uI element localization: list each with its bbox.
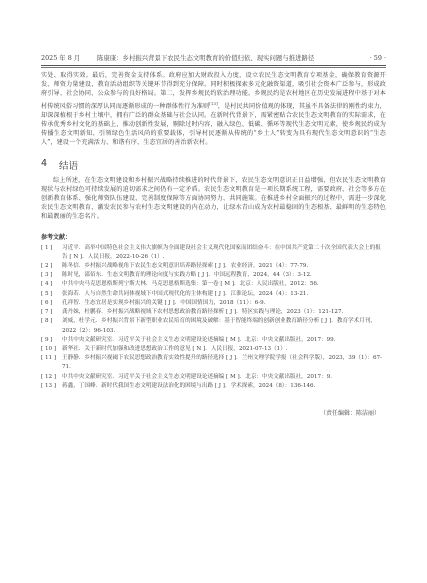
reference-text: 新华社．关于新时代加强和改进思想政治工作的意见 [ N ]．人民日报，2021-… xyxy=(62,345,386,354)
document-page: 2025 年 8 月 陈康康：乡村振兴背景下农民生态文明教育的价值归依、现实问题… xyxy=(41,53,386,417)
reference-item: [ 7 ]龚丹妹，杜鹏春．乡村振兴战略视域下农村思想政治教育路径探析 [ J ]… xyxy=(41,308,386,317)
reference-item: [ 3 ]陈时见，邵佰东．生态文明教育的理论向度与实践方略 [ J ]．中国远程… xyxy=(41,271,386,280)
reference-number: [ 11 ] xyxy=(41,354,62,372)
reference-number: [ 13 ] xyxy=(41,382,62,391)
reference-number: [ 5 ] xyxy=(41,290,62,299)
reference-item: [ 6 ]孔祥智．生态宜居是实现乡村振兴的关键 [ J ]．中国国情国力，201… xyxy=(41,299,386,308)
section-heading: 4 结语 xyxy=(41,158,386,172)
header-date: 2025 年 8 月 xyxy=(41,53,81,62)
reference-item: [ 4 ]中共中央马克思恩格斯列宁斯大林．马克思恩格斯选集：第一卷 [ M ]．… xyxy=(41,280,386,289)
reference-text: 习近平．高举中国特色社会主义伟大旗帜为全面建设社会主义现代化国家而团结奋斗：在中… xyxy=(62,244,386,262)
reference-text: 陈冬信．乡村振兴战略视角下农民生态文明意识培养路径探索 [ J ]．农业经济，2… xyxy=(62,262,386,271)
references-list: [ 1 ]习近平．高举中国特色社会主义伟大旗帜为全面建设社会主义现代化国家而团结… xyxy=(41,244,386,391)
reference-text: 张海若．人与自然生命共同体视域下中国式现代化的主体构建 [ J ]．江淮论坛，2… xyxy=(62,290,386,299)
reference-item: [ 12 ]中共中央文献研究室．习近平关于社会主义生态文明建设论述摘编 [ M … xyxy=(41,373,386,382)
header-article-title: 陈康康：乡村振兴背景下农民生态文明教育的价值归依、现实问题与推进路径 xyxy=(81,53,368,62)
reference-number: [ 3 ] xyxy=(41,271,62,280)
section-number: 4 xyxy=(41,158,47,172)
reference-text: 蒋鑫，丁国峰．新时代我国生态文明建设法治化的困境与出路 [ J ]．学术探索，2… xyxy=(62,382,386,391)
reference-item: [ 10 ]新华社．关于新时代加强和改进思想政治工作的意见 [ N ]．人民日报… xyxy=(41,345,386,354)
reference-item: [ 11 ]王静静．乡村振兴视阈下农民思想政治教育实效性提升的路径选择 [ J … xyxy=(41,354,386,372)
reference-number: [ 7 ] xyxy=(41,308,62,317)
reference-number: [ 8 ] xyxy=(41,317,62,335)
reference-text: 中共中央马克思恩格斯列宁斯大林．马克思恩格斯选集：第一卷 [ M ]．北京：人民… xyxy=(62,280,386,289)
reference-item: [ 1 ]习近平．高举中国特色社会主义伟大旗帜为全面建设社会主义现代化国家而团结… xyxy=(41,244,386,262)
conclusion-paragraph: 综上所述，在生态文明建设和乡村振兴战略持续推进的时代背景下，农民生态文明意识正日… xyxy=(41,176,386,222)
references-heading: 参考文献： xyxy=(41,232,386,241)
running-header: 2025 年 8 月 陈康康：乡村振兴背景下农民生态文明教育的价值归依、现实问题… xyxy=(41,53,386,66)
reference-number: [ 6 ] xyxy=(41,299,62,308)
reference-item: [ 5 ]张海若．人与自然生命共同体视域下中国式现代化的主体构建 [ J ]．江… xyxy=(41,290,386,299)
reference-item: [ 9 ]中共中央文献研究室．习近平关于社会主义生态文明建设论述摘编 [ M ]… xyxy=(41,336,386,345)
citation-marker: [13] xyxy=(209,101,218,106)
page-number: · 59 · xyxy=(368,54,386,62)
reference-item: [ 8 ]刘威，杜学元．乡村振兴背景下新型职业农民培育的困境及破解：基于智能终端… xyxy=(41,317,386,335)
reference-text: 孔祥智．生态宜居是实现乡村振兴的关键 [ J ]．中国国情国力，2018（11）… xyxy=(62,299,386,308)
reference-number: [ 1 ] xyxy=(41,244,62,262)
reference-number: [ 9 ] xyxy=(41,336,62,345)
reference-number: [ 12 ] xyxy=(41,373,62,382)
reference-text: 中共中央文献研究室．习近平关于社会主义生态文明建设论述摘编 [ M ]．北京：中… xyxy=(62,336,386,345)
reference-number: [ 2 ] xyxy=(41,262,62,271)
reference-number: [ 4 ] xyxy=(41,280,62,289)
reference-item: [ 13 ]蒋鑫，丁国峰．新时代我国生态文明建设法治化的困境与出路 [ J ]．… xyxy=(41,382,386,391)
responsible-editor: （责任编辑：陈洁丽） xyxy=(41,408,386,417)
reference-text: 中共中央文献研究室．习近平关于社会主义生态文明建设论述摘编 [ M ]．北京：中… xyxy=(62,373,386,382)
section-title: 结语 xyxy=(59,158,78,172)
reference-number: [ 10 ] xyxy=(41,345,62,354)
header-rule xyxy=(41,67,386,68)
body-paragraph: 实处、取得实效。最后，完善资金支持体系。政府应加大财政投入力度，设立农民生态文明… xyxy=(41,71,386,148)
reference-item: [ 2 ]陈冬信．乡村振兴战略视角下农民生态文明意识培养路径探索 [ J ]．农… xyxy=(41,262,386,271)
reference-text: 龚丹妹，杜鹏春．乡村振兴战略视域下农村思想政治教育路径探析 [ J ]．特区实践… xyxy=(62,308,386,317)
reference-text: 王静静．乡村振兴视阈下农民思想政治教育实效性提升的路径选择 [ J ]．兰州文理… xyxy=(62,354,386,372)
reference-text: 陈时见，邵佰东．生态文明教育的理论向度与实践方略 [ J ]．中国远程教育，20… xyxy=(62,271,386,280)
reference-text: 刘威，杜学元．乡村振兴背景下新型职业农民培育的困境及破解：基于智能终端的创新创业… xyxy=(62,317,386,335)
